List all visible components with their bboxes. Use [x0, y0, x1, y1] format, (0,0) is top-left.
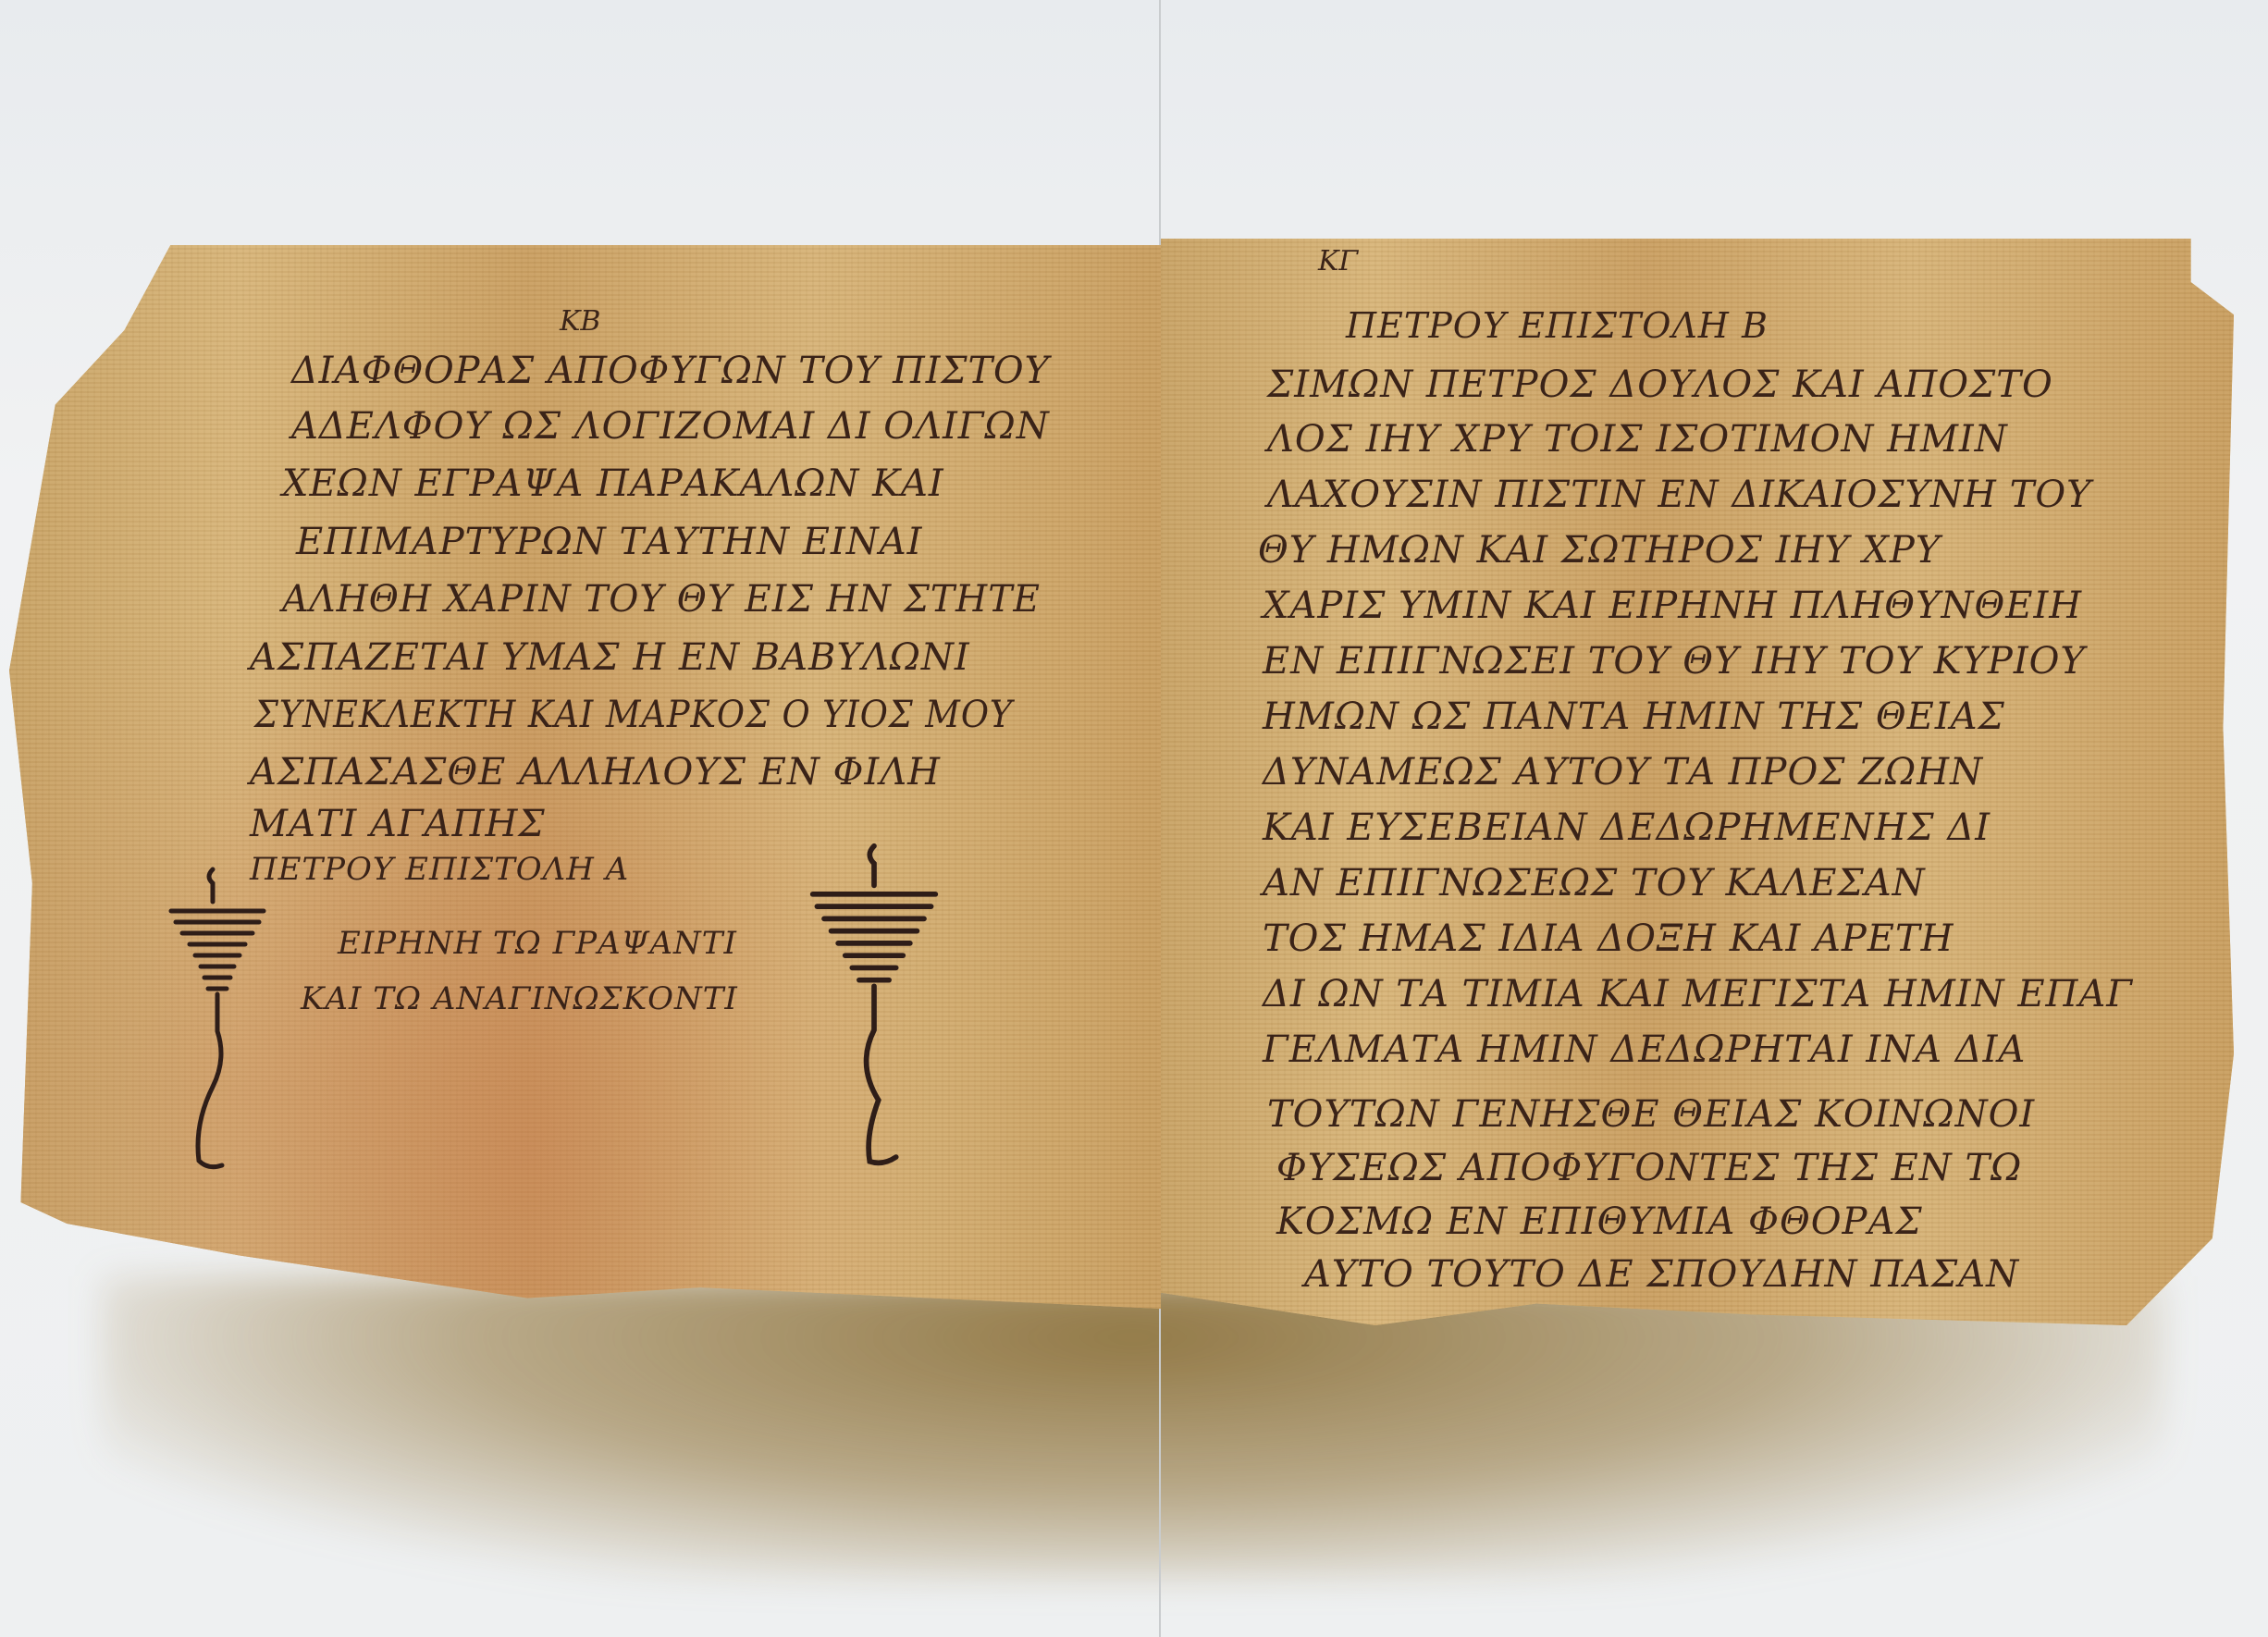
right-line: ΘΥ ΗΜΩΝ ΚΑΙ ΣΩΤΗΡΟΣ ΙΗΥ ΧΡΥ: [1258, 529, 1941, 572]
left-line: ΜΑΤΙ ΑΓΑΠΗΣ: [250, 803, 546, 845]
left-line: ΑΣΠΑΖΕΤΑΙ ΥΜΑΣ Η ΕΝ ΒΑΒΥΛΩΝΙ: [250, 636, 970, 679]
left-line: ΑΛΗΘΗ ΧΑΡΙΝ ΤΟΥ ΘΥ ΕΙΣ ΗΝ ΣΤΗΤΕ: [282, 578, 1041, 621]
left-line: ΑΣΠΑΣΑΣΘΕ ΑΛΛΗΛΟΥΣ ΕΝ ΦΙΛΗ: [250, 751, 941, 794]
colophon-line: ΕΙΡΗΝΗ ΤΩ ΓΡΑΨΑΝΤΙ: [338, 925, 737, 962]
right-line: ΔΙ ΩΝ ΤΑ ΤΙΜΙΑ ΚΑΙ ΜΕΓΙΣΤΑ ΗΜΙΝ ΕΠΑΓ: [1263, 973, 2133, 1015]
right-page-number: ΚΓ: [1318, 245, 1358, 277]
right-line: ΤΟΣ ΗΜΑΣ ΙΔΙΑ ΔΟΞΗ ΚΑΙ ΑΡΕΤΗ: [1263, 917, 1954, 960]
right-line: ΗΜΩΝ ΩΣ ΠΑΝΤΑ ΗΜΙΝ ΤΗΣ ΘΕΙΑΣ: [1263, 695, 2005, 738]
right-line: ΓΕΛΜΑΤΑ ΗΜΙΝ ΔΕΔΩΡΗΤΑΙ ΙΝΑ ΔΙΑ: [1263, 1028, 2026, 1071]
right-line: ΧΑΡΙΣ ΥΜΙΝ ΚΑΙ ΕΙΡΗΝΗ ΠΛΗΘΥΝΘΕΙΗ: [1263, 585, 2082, 627]
right-line: ΛΟΣ ΙΗΥ ΧΡΥ ΤΟΙΣ ΙΣΟΤΙΜΟΝ ΗΜΙΝ: [1267, 418, 2008, 461]
right-line: ΑΥΤΟ ΤΟΥΤΟ ΔΕ ΣΠΟΥΔΗΝ ΠΑΣΑΝ: [1304, 1253, 2019, 1296]
right-line: ΑΝ ΕΠΙΓΝΩΣΕΩΣ ΤΟΥ ΚΑΛΕΣΑΝ: [1263, 862, 1926, 905]
left-line: ΧΕΩΝ ΕΓΡΑΨΑ ΠΑΡΑΚΑΛΩΝ ΚΑΙ: [282, 462, 944, 505]
right-line: ΕΝ ΕΠΙΓΝΩΣΕΙ ΤΟΥ ΘΥ ΙΗΥ ΤΟΥ ΚΥΡΙΟΥ: [1263, 640, 2086, 683]
colophon-line: ΚΑΙ ΤΩ ΑΝΑΓΙΝΩΣΚΟΝΤΙ: [301, 980, 738, 1017]
right-line: ΣΙΜΩΝ ΠΕΤΡΟΣ ΔΟΥΛΟΣ ΚΑΙ ΑΠΟΣΤΟ: [1267, 363, 2053, 406]
left-line: ΑΔΕΛΦΟΥ ΩΣ ΛΟΓΙΖΟΜΑΙ ΔΙ ΟΛΙΓΩΝ: [291, 405, 1050, 448]
right-line: ΔΥΝΑΜΕΩΣ ΑΥΤΟΥ ΤΑ ΠΡΟΣ ΖΩΗΝ: [1263, 751, 1983, 794]
right-line: ΦΥΣΕΩΣ ΑΠΟΦΥΓΟΝΤΕΣ ΤΗΣ ΕΝ ΤΩ: [1276, 1147, 2022, 1189]
right-lamp-ornament-icon: [805, 842, 943, 1175]
left-lamp-ornament-icon: [162, 865, 273, 1198]
right-line: ΚΟΣΜΩ ΕΝ ΕΠΙΘΥΜΙΑ ΦΘΟΡΑΣ: [1276, 1200, 1923, 1243]
epistle-title: ΠΕΤΡΟΥ ΕΠΙΣΤΟΛΗ Β: [1346, 305, 1769, 346]
left-line: ΔΙΑΦΘΟΡΑΣ ΑΠΟΦΥΓΩΝ ΤΟΥ ΠΙΣΤΟΥ: [291, 350, 1050, 392]
left-line-subscription: ΠΕΤΡΟΥ ΕΠΙΣΤΟΛΗ Α: [250, 851, 629, 888]
right-line: ΤΟΥΤΩΝ ΓΕΝΗΣΘΕ ΘΕΙΑΣ ΚΟΙΝΩΝΟΙ: [1267, 1093, 2035, 1136]
papyrus-shadow: [102, 1276, 2164, 1582]
left-line: ΕΠΙΜΑΡΤΥΡΩΝ ΤΑΥΤΗΝ ΕΙΝΑΙ: [296, 521, 922, 563]
right-line: ΛΑΧΟΥΣΙΝ ΠΙΣΤΙΝ ΕΝ ΔΙΚΑΙΟΣΥΝΗ ΤΟΥ: [1267, 474, 2092, 516]
left-line: ΣΥΝΕΚΛΕΚΤΗ ΚΑΙ ΜΑΡΚΟΣ Ο ΥΙΟΣ ΜΟΥ: [254, 694, 1013, 736]
left-page-number: ΚΒ: [560, 305, 600, 338]
right-line: ΚΑΙ ΕΥΣΕΒΕΙΑΝ ΔΕΔΩΡΗΜΕΝΗΣ ΔΙ: [1263, 806, 1991, 849]
